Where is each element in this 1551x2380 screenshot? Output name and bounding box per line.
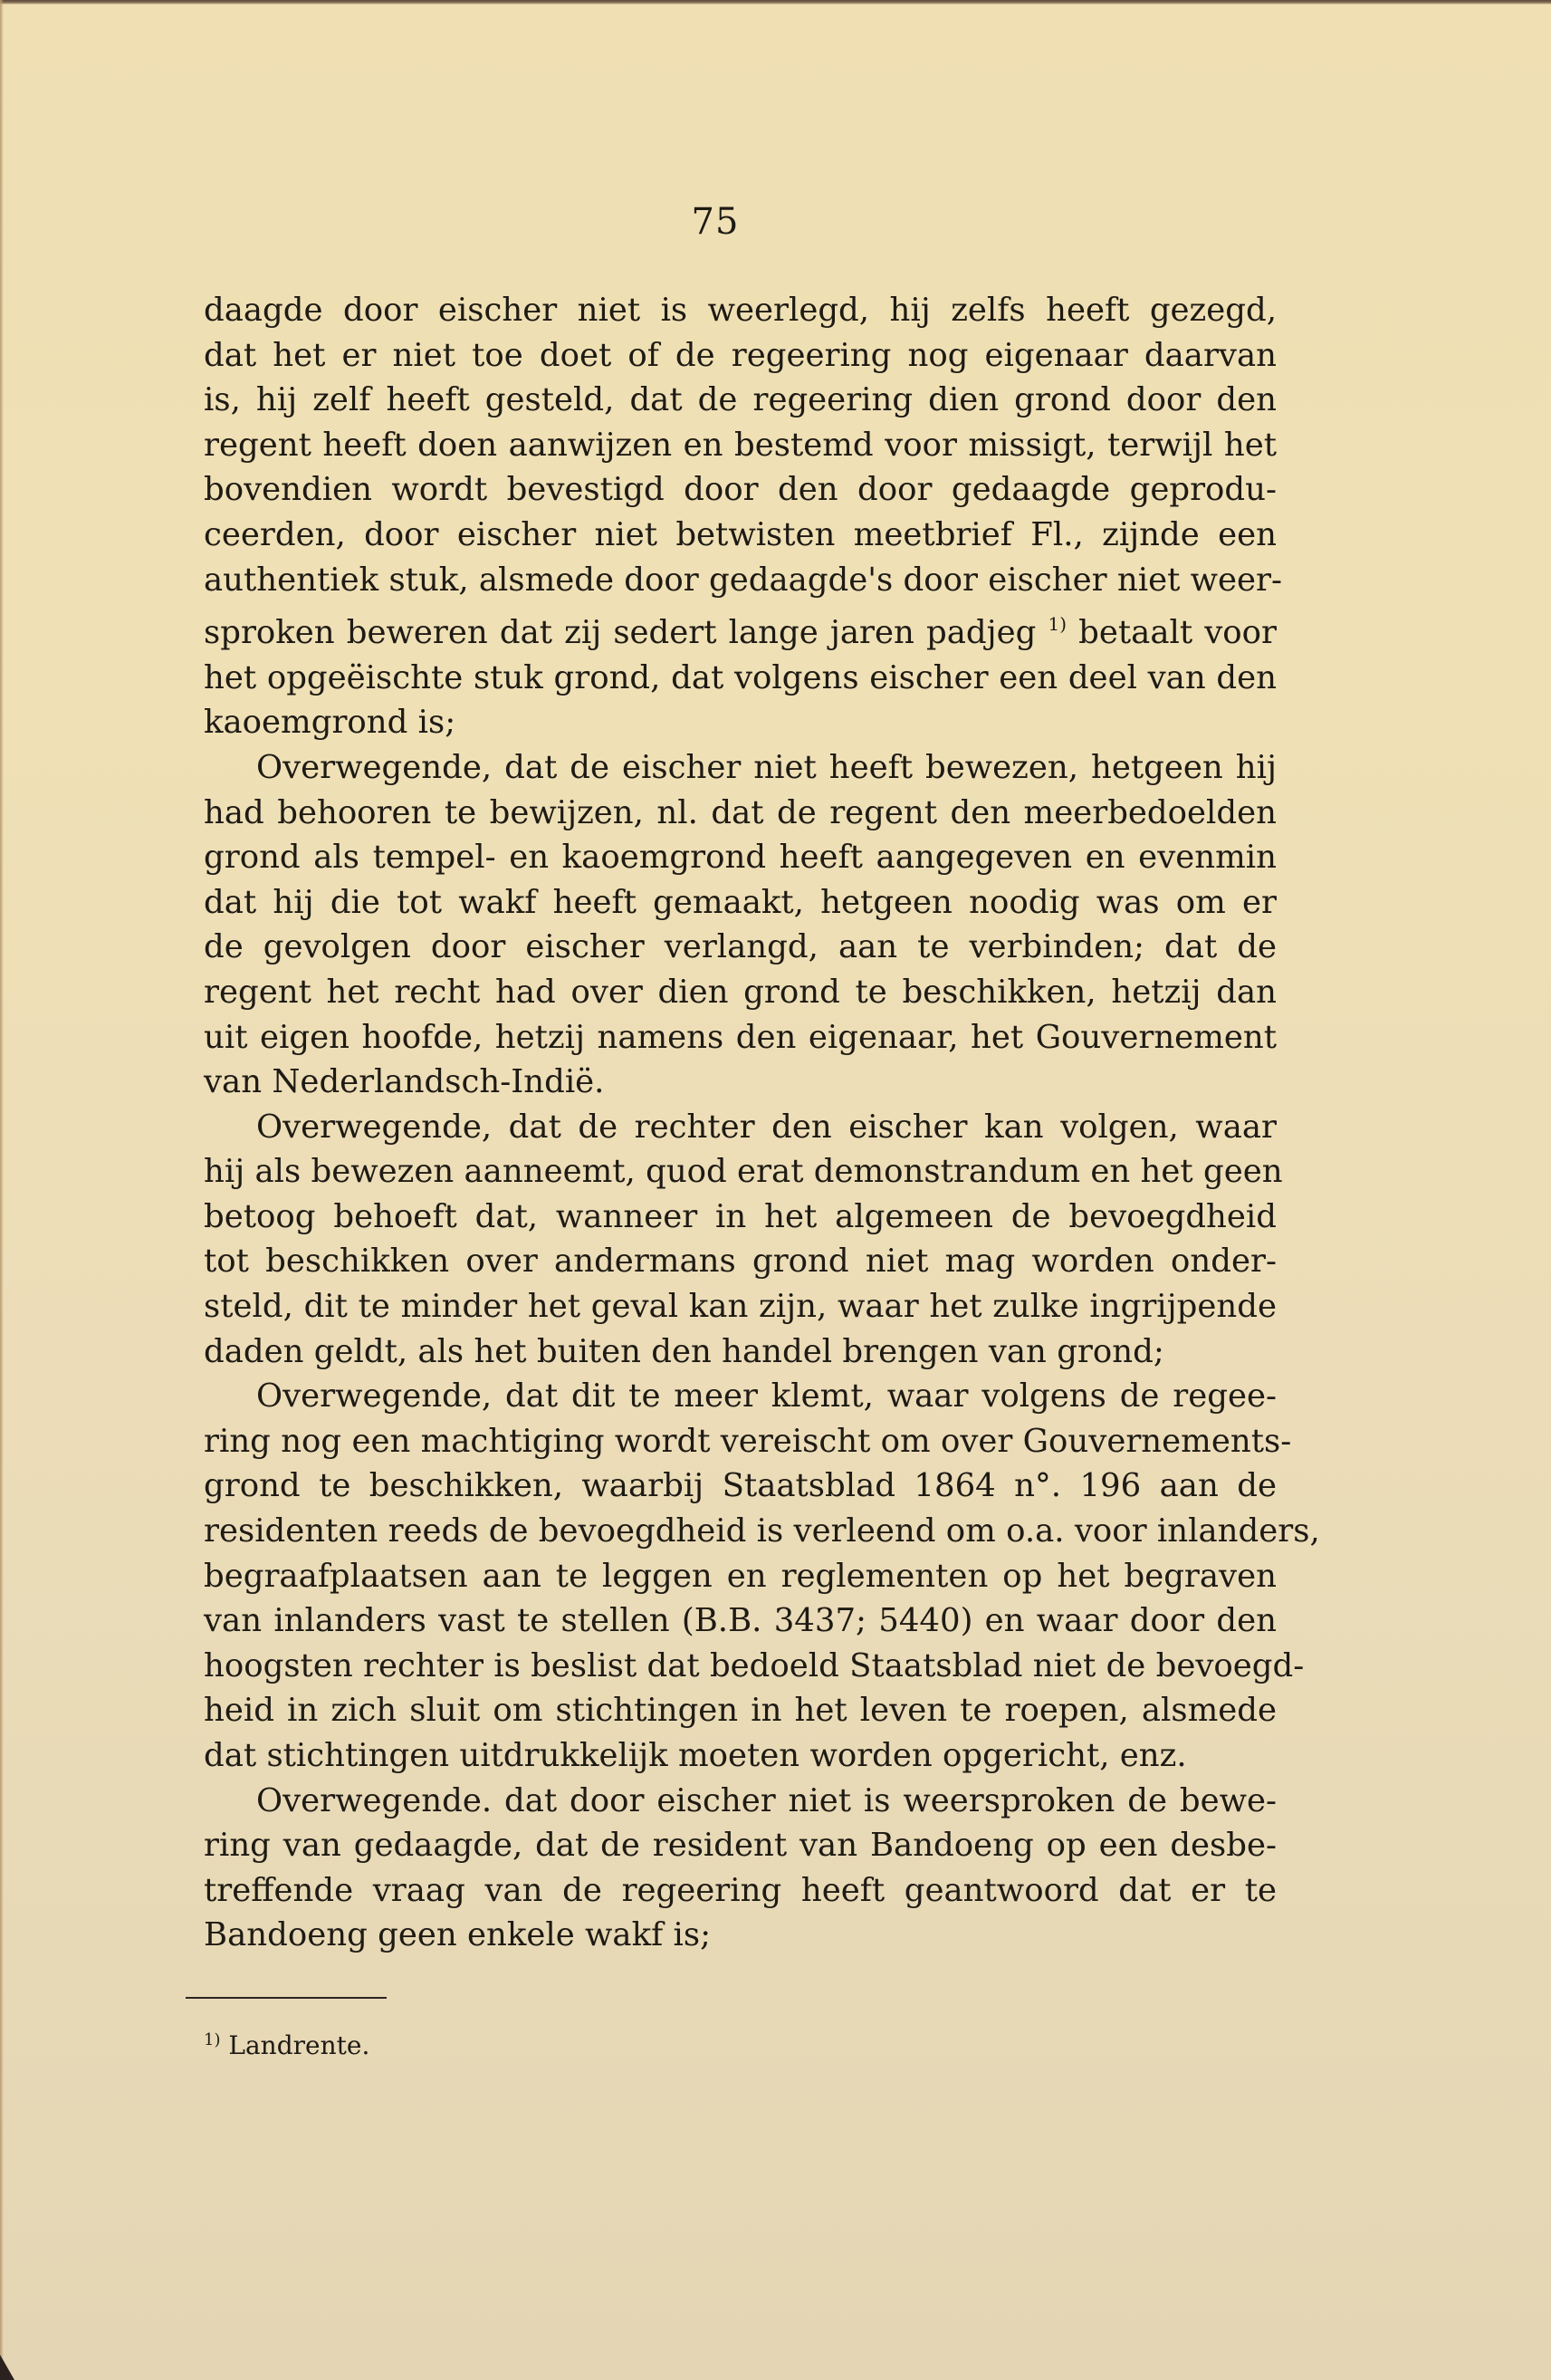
paragraph-2: Overwegende, dat de eischer niet heeft b… <box>204 745 1277 1105</box>
text-line: betoog behoeft dat, wanneer in het algem… <box>204 1195 1277 1240</box>
text-line: ring van gedaagde, dat de resident van B… <box>204 1823 1277 1868</box>
text-line: Overwegende, dat de rechter den eischer … <box>204 1105 1277 1150</box>
text-line: ceerden, door eischer niet betwisten mee… <box>204 513 1277 558</box>
text-line: grond als tempel- en kaoemgrond heeft aa… <box>204 835 1277 880</box>
text-line: van Nederlandsch-Indië. <box>204 1060 1277 1105</box>
text-line: is, hij zelf heeft gesteld, dat de regee… <box>204 378 1277 423</box>
page-number: 75 <box>0 201 1431 243</box>
page-top-edge <box>0 0 1551 5</box>
text-segment: betaalt voor <box>1067 614 1277 651</box>
text-line: Overwegende, dat dit te meer klemt, waar… <box>204 1374 1277 1419</box>
text-segment: sproken beweren dat zij sedert lange jar… <box>204 614 1036 651</box>
text-line: uit eigen hoofde, hetzij namens den eige… <box>204 1015 1277 1060</box>
text-line: Bandoeng geen enkele wakf is; <box>204 1913 1277 1958</box>
footnote-1: 1) Landrente. <box>204 2024 369 2062</box>
text-line: de gevolgen door eischer verlangd, aan t… <box>204 925 1277 970</box>
paragraph-4: Overwegende, dat dit te meer klemt, waar… <box>204 1374 1277 1778</box>
text-line: Overwegende, dat de eischer niet heeft b… <box>204 745 1277 791</box>
text-line: daden geldt, als het buiten den handel b… <box>204 1329 1277 1375</box>
text-line: had behooren te bewijzen, nl. dat de reg… <box>204 791 1277 836</box>
text-line: residenten reeds de bevoegdheid is verle… <box>204 1509 1277 1554</box>
footnote-mark: 1) <box>204 2030 220 2049</box>
text-line: heid in zich sluit om stichtingen in het… <box>204 1688 1277 1733</box>
text-line: regent het recht had over dien grond te … <box>204 970 1277 1015</box>
paragraph-1: daagde door eischer niet is weerlegd, hi… <box>204 288 1277 745</box>
footnote-reference[interactable]: 1) <box>1048 613 1068 635</box>
scanned-book-page: 75 daagde door eischer niet is weerlegd,… <box>0 0 1551 2380</box>
page-corner-mark <box>0 2355 14 2380</box>
paragraph-3: Overwegende, dat de rechter den eischer … <box>204 1105 1277 1375</box>
body-text: daagde door eischer niet is weerlegd, hi… <box>204 288 1277 1958</box>
text-line: tot beschikken over andermans grond niet… <box>204 1239 1277 1284</box>
text-line: het opgeëischte stuk grond, dat volgens … <box>204 656 1277 701</box>
text-line: hoogsten rechter is beslist dat bedoeld … <box>204 1644 1277 1689</box>
text-line: steld, dit te minder het geval kan zijn,… <box>204 1284 1277 1329</box>
text-line: treffende vraag van de regeering heeft g… <box>204 1868 1277 1914</box>
text-line: dat hij die tot wakf heeft gemaakt, hetg… <box>204 880 1277 926</box>
text-line-with-footnote: sproken beweren dat zij sedert lange jar… <box>204 602 1277 656</box>
text-line: dat het er niet toe doet of de regeering… <box>204 333 1277 379</box>
text-line: ring nog een machtiging wordt vereischt … <box>204 1419 1277 1464</box>
footnote-text: Landrente. <box>228 2030 369 2060</box>
text-line: daagde door eischer niet is weerlegd, hi… <box>204 288 1277 333</box>
paragraph-5: Overwegende. dat door eischer niet is we… <box>204 1779 1277 1958</box>
text-line: authentiek stuk, alsmede door gedaagde's… <box>204 558 1277 603</box>
text-line: Overwegende. dat door eischer niet is we… <box>204 1779 1277 1824</box>
text-line: grond te beschikken, waarbij Staatsblad … <box>204 1464 1277 1509</box>
text-line: begraafplaatsen aan te leggen en regleme… <box>204 1554 1277 1599</box>
text-line: van inlanders vast te stellen (B.B. 3437… <box>204 1598 1277 1644</box>
text-line: bovendien wordt bevestigd door den door … <box>204 467 1277 513</box>
text-line: kaoemgrond is; <box>204 700 1277 745</box>
text-line: hij als bewezen aanneemt, quod erat demo… <box>204 1149 1277 1195</box>
page-left-edge <box>0 0 4 2380</box>
text-line: regent heeft doen aanwijzen en bestemd v… <box>204 423 1277 468</box>
text-line: dat stichtingen uitdrukkelijk moeten wor… <box>204 1733 1277 1779</box>
footnote-divider <box>186 1997 387 1999</box>
